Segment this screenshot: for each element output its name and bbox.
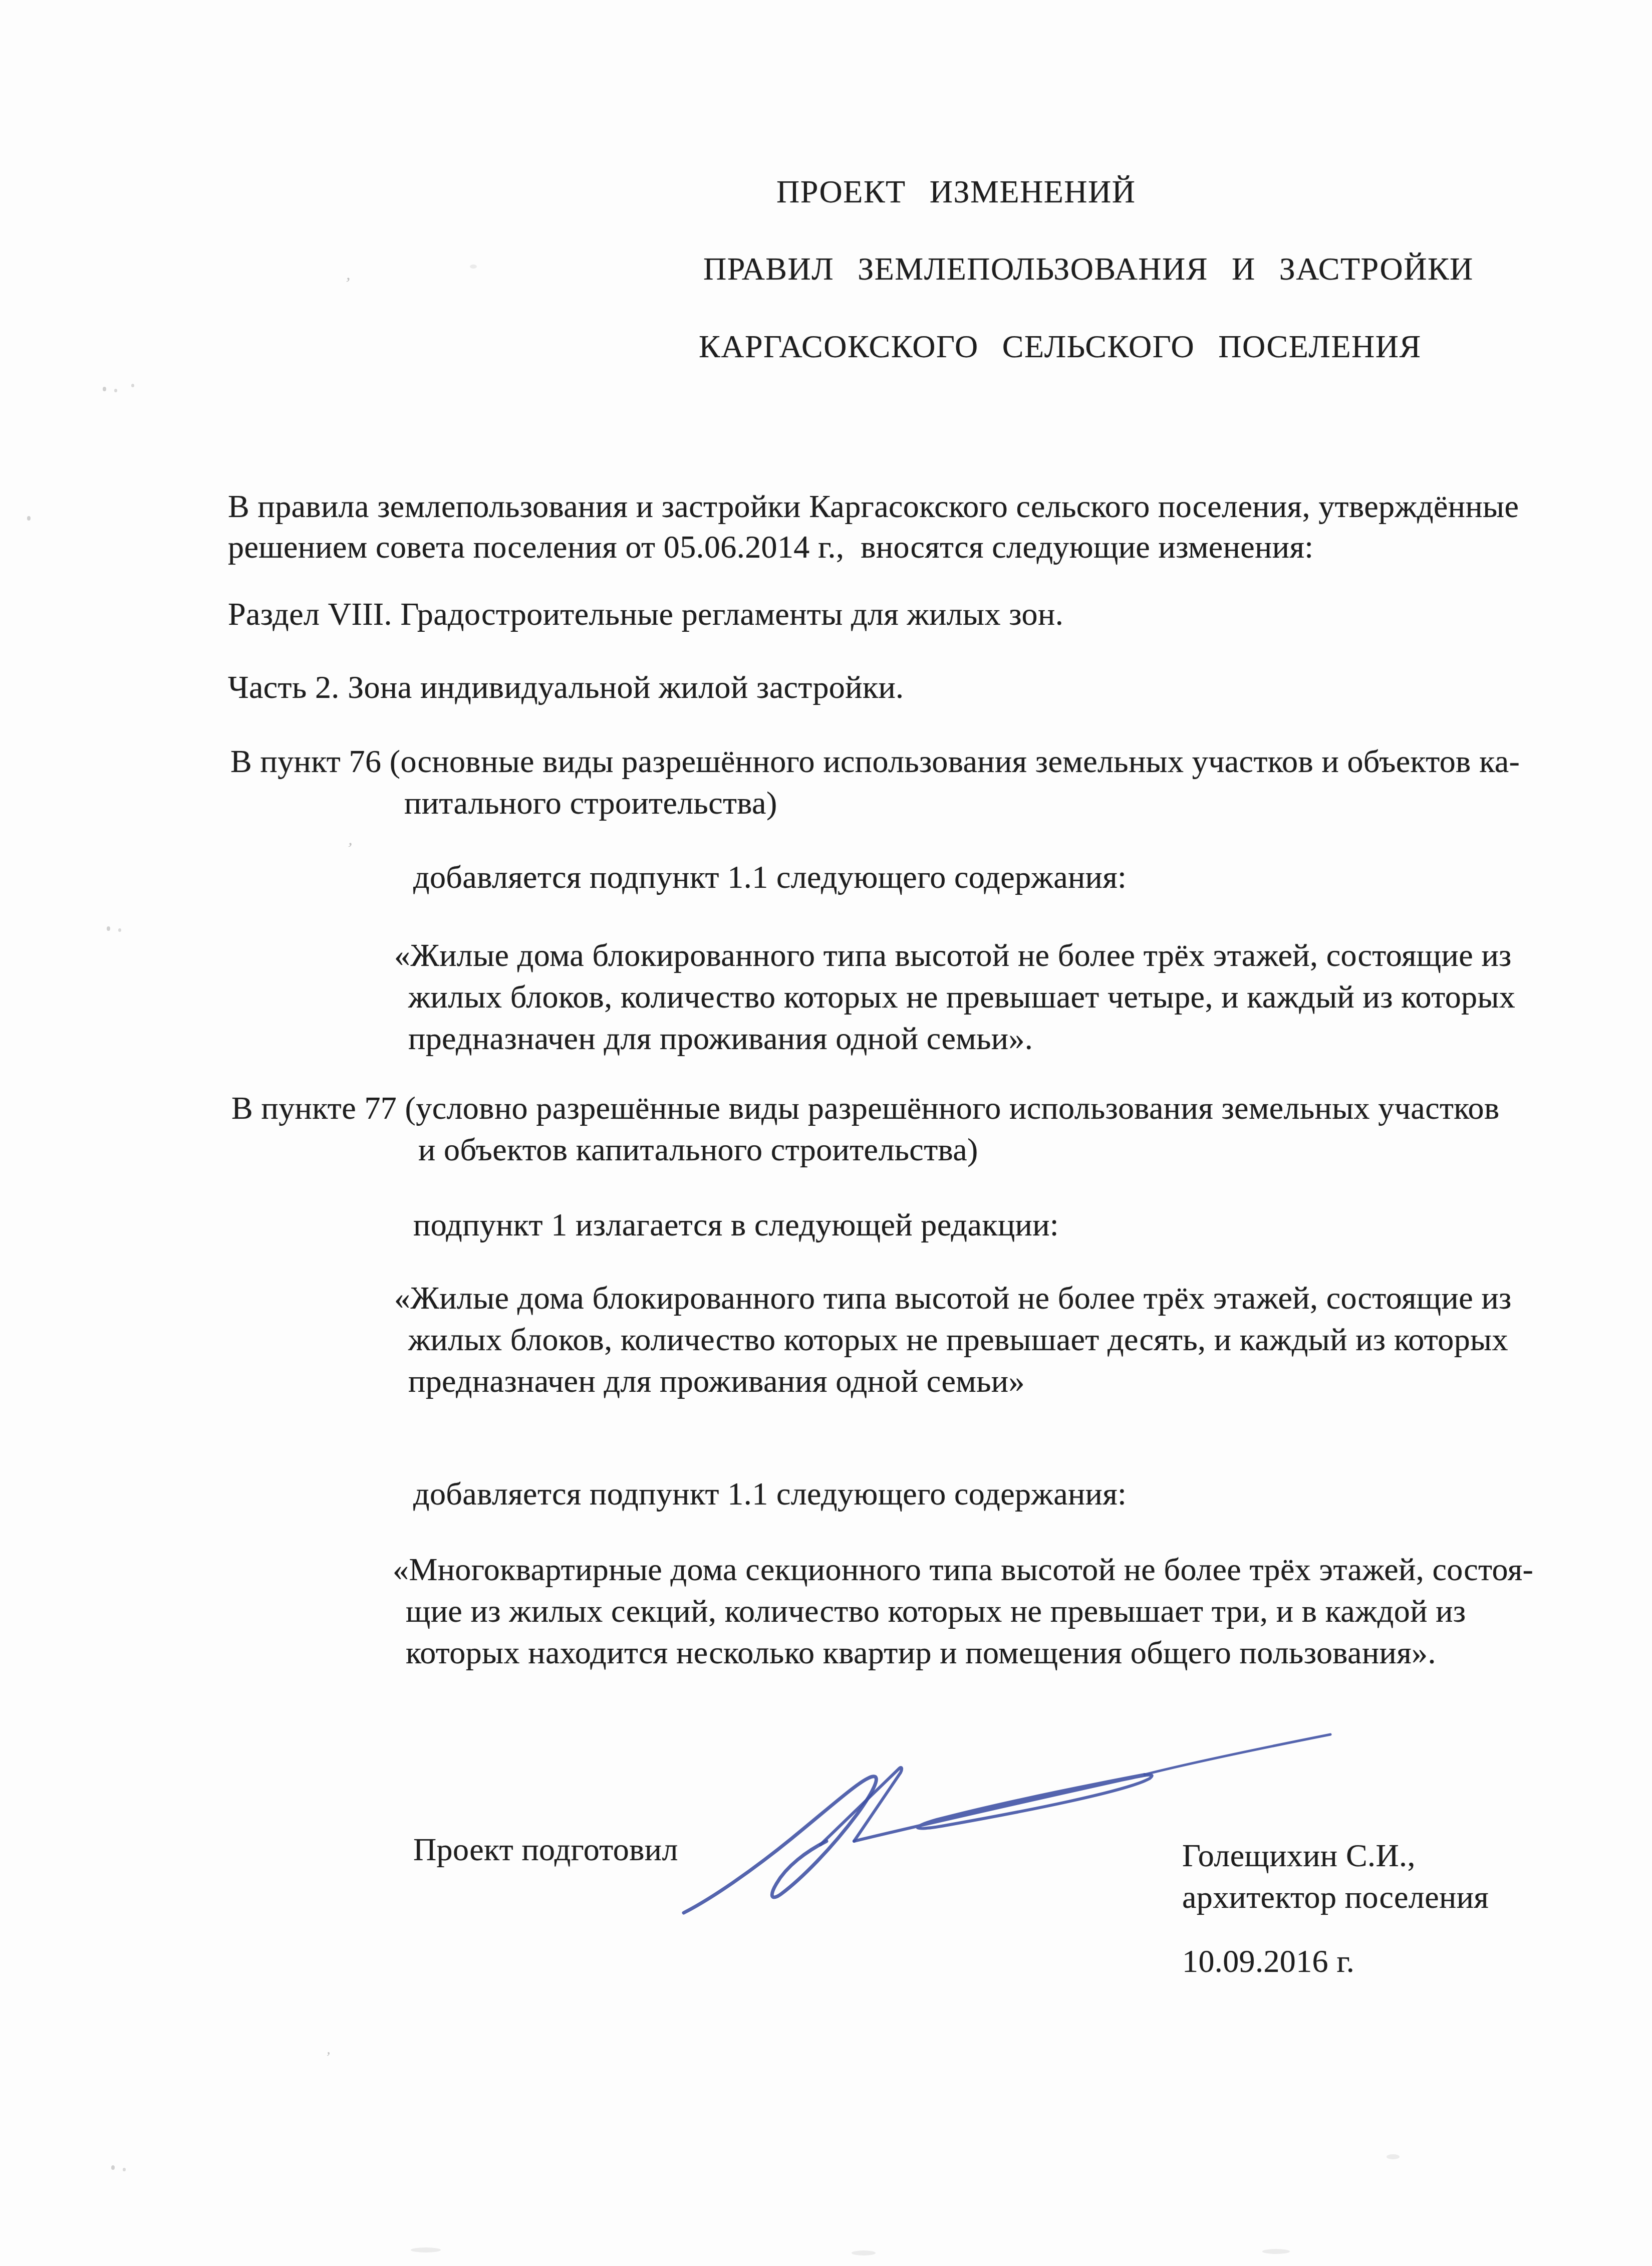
point-77-line-1: В пункте 77 (условно разрешённые виды ра… [231, 1087, 1500, 1129]
scan-artifact-speck [131, 384, 134, 387]
add-subpoint-1-1-second: добавляется подпункт 1.1 следующего соде… [413, 1473, 1127, 1515]
scan-artifact-speck: ’ [343, 274, 352, 294]
document-title-line-3: КАРГАСОКСКОГО СЕЛЬСКОГО ПОСЕЛЕНИЯ [699, 326, 1422, 367]
quote-3-line-2: щие из жилых секций, количество которых … [406, 1590, 1466, 1632]
signer-position: архитектор поселения [1182, 1876, 1489, 1918]
prepared-by-label: Проект подготовил [413, 1829, 678, 1870]
scan-artifact-speck [852, 2250, 876, 2255]
intro-paragraph-line-2: решением совета поселения от 05.06.2014 … [228, 526, 1313, 568]
part-2-heading: Часть 2. Зона индивидуальной жилой застр… [228, 666, 904, 708]
scan-artifact-speck: ’ [325, 2049, 331, 2067]
document-title-line-2: ПРАВИЛ ЗЕМЛЕПОЛЬЗОВАНИЯ И ЗАСТРОЙКИ [703, 248, 1474, 290]
scan-artifact-speck [470, 265, 477, 269]
scan-artifact-speck [27, 516, 31, 521]
quote-3-line-3: которых находится несколько квартир и по… [406, 1632, 1436, 1673]
add-subpoint-1-1-first: добавляется подпункт 1.1 следующего соде… [413, 856, 1127, 898]
scan-artifact-speck [1387, 2154, 1400, 2159]
document-title-line-1: ПРОЕКТ ИЗМЕНЕНИЙ [776, 171, 1136, 212]
quote-2-line-2: жилых блоков, количество которых не прев… [408, 1319, 1508, 1360]
point-77-line-2: и объектов капитального строительства) [418, 1129, 978, 1170]
scan-artifact-speck [411, 2247, 441, 2252]
signature-date: 10.09.2016 г. [1182, 1940, 1354, 1982]
quote-3-line-1: «Многоквартирные дома секционного типа в… [393, 1549, 1533, 1590]
scan-artifact-speck [111, 2165, 115, 2170]
quote-1-line-2: жилых блоков, количество которых не прев… [408, 976, 1515, 1018]
scan-artifact-speck [123, 2168, 126, 2171]
scan-artifact-speck [114, 389, 117, 392]
quote-2-line-3: предназначен для проживания одной семьи» [408, 1360, 1025, 1402]
scan-artifact-speck [107, 926, 110, 931]
scanned-document-page: ПРОЕКТ ИЗМЕНЕНИЙ ПРАВИЛ ЗЕМЛЕПОЛЬЗОВАНИЯ… [0, 0, 1652, 2266]
point-76-line-2: питального строительства) [404, 782, 777, 824]
scan-artifact-speck [1262, 2249, 1290, 2254]
quote-1-line-1: «Жилые дома блокированного типа высотой … [394, 934, 1512, 976]
scan-artifact-speck [118, 928, 121, 932]
scan-artifact-speck: ’ [345, 839, 354, 859]
scan-artifact-speck [103, 387, 106, 391]
quote-2-line-1: «Жилые дома блокированного типа высотой … [394, 1277, 1512, 1319]
point-76-line-1: В пункт 76 (основные виды разрешённого и… [230, 740, 1520, 782]
signer-name: Голещихин С.И., [1182, 1835, 1416, 1876]
section-viii-heading: Раздел VIII. Градостроительные регламент… [228, 593, 1063, 635]
quote-1-line-3: предназначен для проживания одной семьи»… [408, 1018, 1033, 1059]
subpoint-1-reworded: подпункт 1 излагается в следующей редакц… [413, 1204, 1059, 1245]
intro-paragraph-line-1: В правила землепользования и застройки К… [228, 485, 1519, 527]
